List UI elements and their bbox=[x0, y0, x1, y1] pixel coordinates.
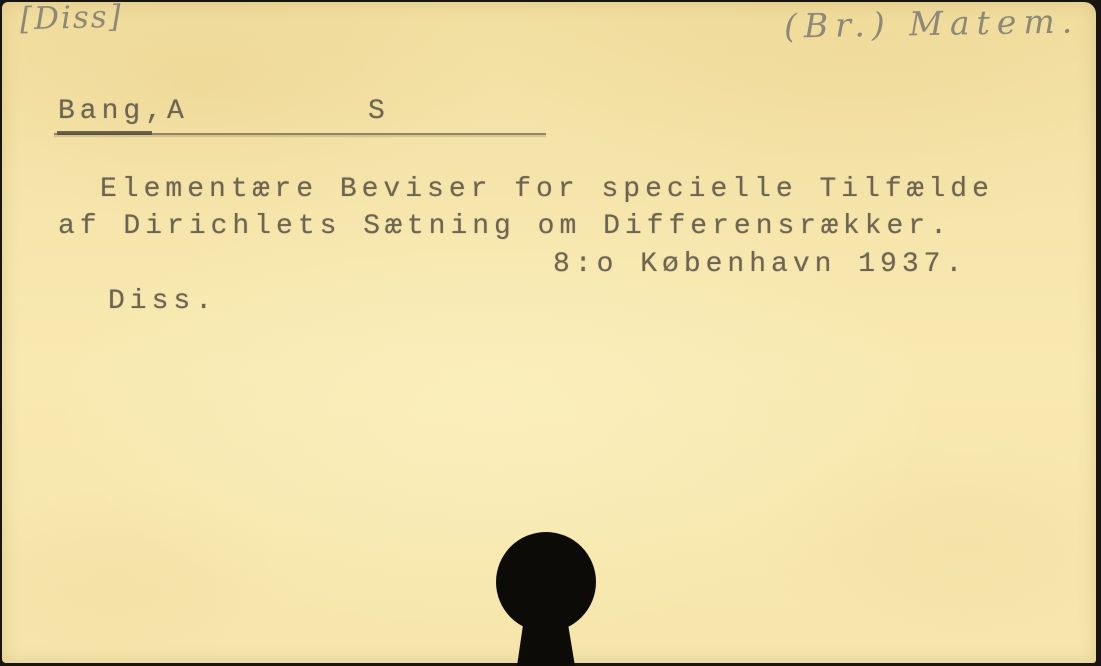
heading-underscore bbox=[57, 131, 152, 135]
title-line-2: af Dirichlets Sætning om Differensrækker… bbox=[58, 211, 952, 242]
title-line-1: Elementære Beviser for specielle Tilfæld… bbox=[100, 174, 994, 205]
catalog-card: [Diss] (Br.) Matem. Bang,A S Elementære … bbox=[2, 2, 1096, 663]
imprint-line: 8:o København 1937. bbox=[553, 249, 967, 280]
pencil-note-right: (Br.) Matem. bbox=[784, 1, 1080, 45]
dissertation-note: Diss. bbox=[108, 286, 217, 317]
pencil-note-left: [Diss] bbox=[20, 0, 124, 37]
filing-letter: S bbox=[368, 96, 390, 127]
author-heading: Bang,A bbox=[58, 96, 189, 127]
